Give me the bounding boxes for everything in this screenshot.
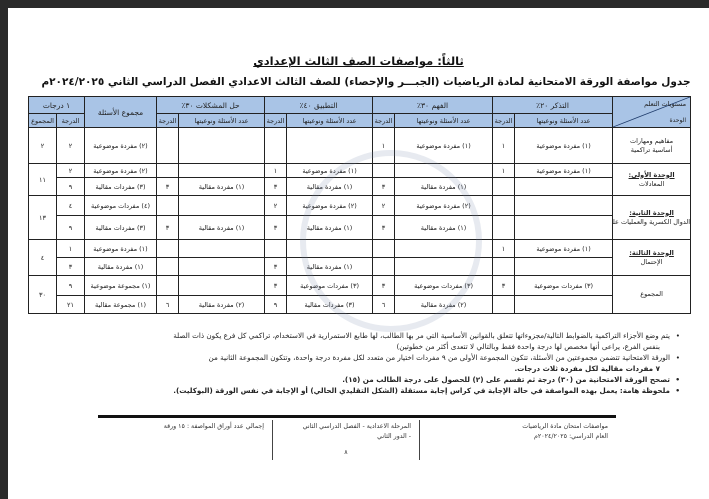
- remember-count: (١) مفردة موضوعية: [515, 164, 613, 178]
- solve-count: (١) مفردة مقالية: [179, 178, 265, 196]
- sum-score: ٩: [57, 216, 85, 240]
- note-item: تصحح الورقة الامتحانية من (٣٠) درجة ثم ت…: [40, 374, 680, 385]
- apply-score: ١: [265, 164, 287, 178]
- corner-header: مستويات التعلم الوحدة: [613, 97, 691, 128]
- note-item: الورقة الامتحانية تتضمن مجموعتين من الأس…: [40, 352, 680, 374]
- unit-cell: الوحدة الثانية:الدوال الكسرية والعمليات …: [613, 196, 691, 240]
- spec-table: مستويات التعلم الوحدة التذكر ٢٠٪ الفهم ٣…: [28, 96, 691, 314]
- sum-score: ٩: [57, 276, 85, 296]
- sum-score: ٩: [57, 178, 85, 196]
- solve-count: [179, 164, 265, 178]
- sum-questions: (١) مفردة موضوعية: [85, 240, 157, 258]
- apply-score: ٣: [265, 216, 287, 240]
- remember-score: [493, 196, 515, 216]
- remember-count: [515, 296, 613, 314]
- remember-score: ١: [493, 164, 515, 178]
- apply-count: (٣) مفردات موضوعية: [287, 276, 373, 296]
- note-item: يتم وضع الأجزاء التراكمية بالضوابط التال…: [40, 330, 680, 352]
- page-footer: مواصفات امتحان مادة الرياضيات العام الدر…: [98, 420, 616, 460]
- corner-unit-label: الوحدة: [669, 117, 686, 124]
- understand-count: [395, 240, 493, 258]
- understand-score: ٦: [373, 296, 395, 314]
- level-header-understand: الفهم ٣٠٪: [373, 97, 493, 114]
- scan-top-border: [0, 0, 709, 8]
- remember-score: [493, 296, 515, 314]
- solve-score: [157, 196, 179, 216]
- remember-count: [515, 178, 613, 196]
- grades-subheader-score: الدرجة: [57, 114, 85, 128]
- understand-score: ٣: [373, 216, 395, 240]
- note-item: ملحوظة هامة: يعمل بهذه المواصفة في حالة …: [40, 385, 680, 396]
- solve-score: ٦: [157, 296, 179, 314]
- subheader-count: عدد الأسئلة ونوعيتها: [395, 114, 493, 128]
- section-title: ثالثاً: مواصفات الصف الثالث الإعدادي: [8, 54, 709, 68]
- understand-count: [395, 164, 493, 178]
- totals-label: المجموع: [613, 276, 691, 314]
- table-row: مفاهيم ومهاراتأساسية تراكمية (١) مفردة م…: [29, 128, 691, 164]
- sum-score: ٢: [57, 164, 85, 178]
- solve-score: [157, 276, 179, 296]
- remember-score: ١: [493, 240, 515, 258]
- apply-count: (١) مفردة مقالية: [287, 216, 373, 240]
- remember-count: [515, 216, 613, 240]
- solve-score: [157, 258, 179, 276]
- remember-count: [515, 196, 613, 216]
- apply-score: ٢: [265, 196, 287, 216]
- understand-count: (١) مفردة مقالية: [395, 178, 493, 196]
- apply-count: (١) مفردة مقالية: [287, 258, 373, 276]
- notes-list: يتم وضع الأجزاء التراكمية بالضوابط التال…: [40, 330, 694, 396]
- level-header-remember: التذكر ٢٠٪: [493, 97, 613, 114]
- unit-total: ١١: [29, 164, 57, 196]
- apply-count: (١) مفردة مقالية: [287, 178, 373, 196]
- apply-score: [265, 128, 287, 164]
- sum-questions: (٣) مفردات مقالية: [85, 216, 157, 240]
- sum-score: ٢١: [57, 296, 85, 314]
- remember-score: ١: [493, 128, 515, 164]
- remember-count: (١) مفردة موضوعية: [515, 240, 613, 258]
- understand-score: [373, 258, 395, 276]
- subheader-score: الدرجة: [265, 114, 287, 128]
- unit-cell: الوحدة الأولى:المعادلات: [613, 164, 691, 196]
- understand-score: ١: [373, 128, 395, 164]
- understand-count: [395, 258, 493, 276]
- apply-score: [265, 240, 287, 258]
- understand-score: ٣: [373, 178, 395, 196]
- subheader-count: عدد الأسئلة ونوعيتها: [287, 114, 373, 128]
- total-questions-header: مجموع الأسئلة: [85, 97, 157, 128]
- remember-score: [493, 216, 515, 240]
- apply-count: (٢) مفردة موضوعية: [287, 196, 373, 216]
- sum-questions: (٣) مفردات مقالية: [85, 178, 157, 196]
- sum-questions: (٢) مفردة موضوعية: [85, 164, 157, 178]
- page-number: ٨: [273, 448, 419, 458]
- remember-score: [493, 178, 515, 196]
- grades-subheader-total: المجموع: [29, 114, 57, 128]
- sum-score: ٤: [57, 196, 85, 216]
- solve-count: [179, 196, 265, 216]
- sum-questions: (٤) مفردات موضوعية: [85, 196, 157, 216]
- solve-score: [157, 128, 179, 164]
- understand-score: ٢: [373, 196, 395, 216]
- unit-cell: مفاهيم ومهاراتأساسية تراكمية: [613, 128, 691, 164]
- remember-score: [493, 258, 515, 276]
- remember-score: ٣: [493, 276, 515, 296]
- scan-left-border: [0, 0, 8, 499]
- solve-score: [157, 164, 179, 178]
- sum-questions: (١) مفردة مقالية: [85, 258, 157, 276]
- table-row: الوحدة الثانية:الدوال الكسرية والعمليات …: [29, 196, 691, 216]
- apply-score: ٩: [265, 296, 287, 314]
- unit-total: ١٣: [29, 196, 57, 240]
- table-row: (١) مفردة مقالية ٣ (١) مفردة مقالية ٣ (١…: [29, 216, 691, 240]
- unit-total: ٤: [29, 240, 57, 276]
- subheader-score: الدرجة: [493, 114, 515, 128]
- apply-count: (٣) مفردات مقالية: [287, 296, 373, 314]
- solve-score: ٣: [157, 178, 179, 196]
- grand-total: ٣٠: [29, 276, 57, 314]
- sum-score: ٢: [57, 128, 85, 164]
- footer-divider: [98, 415, 616, 418]
- table-row: الوحدة الأولى:المعادلات (١) مفردة موضوعي…: [29, 164, 691, 178]
- sum-questions: (١) مجموعة موضوعية: [85, 276, 157, 296]
- table-title: جدول مواصفة الورقة الامتحانية لمادة الري…: [34, 76, 698, 88]
- unit-cell: الوحدة الثالثة:الإحتمال: [613, 240, 691, 276]
- solve-score: ٣: [157, 216, 179, 240]
- solve-count: (٢) مفردة مقالية: [179, 296, 265, 314]
- remember-count: [515, 258, 613, 276]
- understand-count: (١) مفردة مقالية: [395, 216, 493, 240]
- solve-score: [157, 240, 179, 258]
- remember-count: (١) مفردة موضوعية: [515, 128, 613, 164]
- table-row: (١) مفردة مقالية ٣ (١) مفردة مقالية ٣: [29, 258, 691, 276]
- understand-count: (١) مفردة موضوعية: [395, 128, 493, 164]
- level-header-solve: حل المشكلات ٣٠٪: [157, 97, 265, 114]
- subheader-score: الدرجة: [373, 114, 395, 128]
- footer-subject: مواصفات امتحان مادة الرياضيات العام الدر…: [419, 420, 616, 460]
- table-row: الوحدة الثالثة:الإحتمال (١) مفردة موضوعي…: [29, 240, 691, 258]
- solve-count: [179, 240, 265, 258]
- understand-count: (٢) مفردة مقالية: [395, 296, 493, 314]
- solve-count: [179, 258, 265, 276]
- solve-count: [179, 128, 265, 164]
- subheader-count: عدد الأسئلة ونوعيتها: [515, 114, 613, 128]
- sum-questions: (٢) مفردة موضوعية: [85, 128, 157, 164]
- apply-score: ٣: [265, 276, 287, 296]
- apply-count: [287, 240, 373, 258]
- remember-count: (٣) مفردات موضوعية: [515, 276, 613, 296]
- sum-questions: (١) مجموعة مقالية: [85, 296, 157, 314]
- apply-score: ٣: [265, 178, 287, 196]
- totals-row: المجموع (٣) مفردات موضوعية ٣ (٣) مفردات …: [29, 276, 691, 296]
- understand-score: [373, 164, 395, 178]
- understand-score: ٣: [373, 276, 395, 296]
- sum-score: ٣: [57, 258, 85, 276]
- subheader-score: الدرجة: [157, 114, 179, 128]
- unit-total: ٢: [29, 128, 57, 164]
- grades-header: ١ درجات: [29, 97, 85, 114]
- solve-count: (١) مفردة مقالية: [179, 216, 265, 240]
- corner-levels-label: مستويات التعلم: [644, 100, 686, 108]
- understand-count: (٢) مفردة موضوعية: [395, 196, 493, 216]
- apply-count: [287, 128, 373, 164]
- footer-stage: المرحلة الاعدادية - الفصل الدراسي الثاني…: [272, 420, 419, 460]
- apply-score: ٣: [265, 258, 287, 276]
- subheader-count: عدد الأسئلة ونوعيتها: [179, 114, 265, 128]
- understand-score: [373, 240, 395, 258]
- footer-pages-count: إجمالي عدد أوراق المواصفة : ١٥ ورقة: [98, 420, 272, 460]
- apply-count: (١) مفردة موضوعية: [287, 164, 373, 178]
- solve-count: [179, 276, 265, 296]
- understand-count: (٣) مفردات موضوعية: [395, 276, 493, 296]
- table-row: (١) مفردة مقالية ٣ (١) مفردة مقالية ٣ (١…: [29, 178, 691, 196]
- sum-score: ١: [57, 240, 85, 258]
- level-header-apply: التطبيق ٤٠٪: [265, 97, 373, 114]
- totals-row: (٢) مفردة مقالية ٦ (٣) مفردات مقالية ٩ (…: [29, 296, 691, 314]
